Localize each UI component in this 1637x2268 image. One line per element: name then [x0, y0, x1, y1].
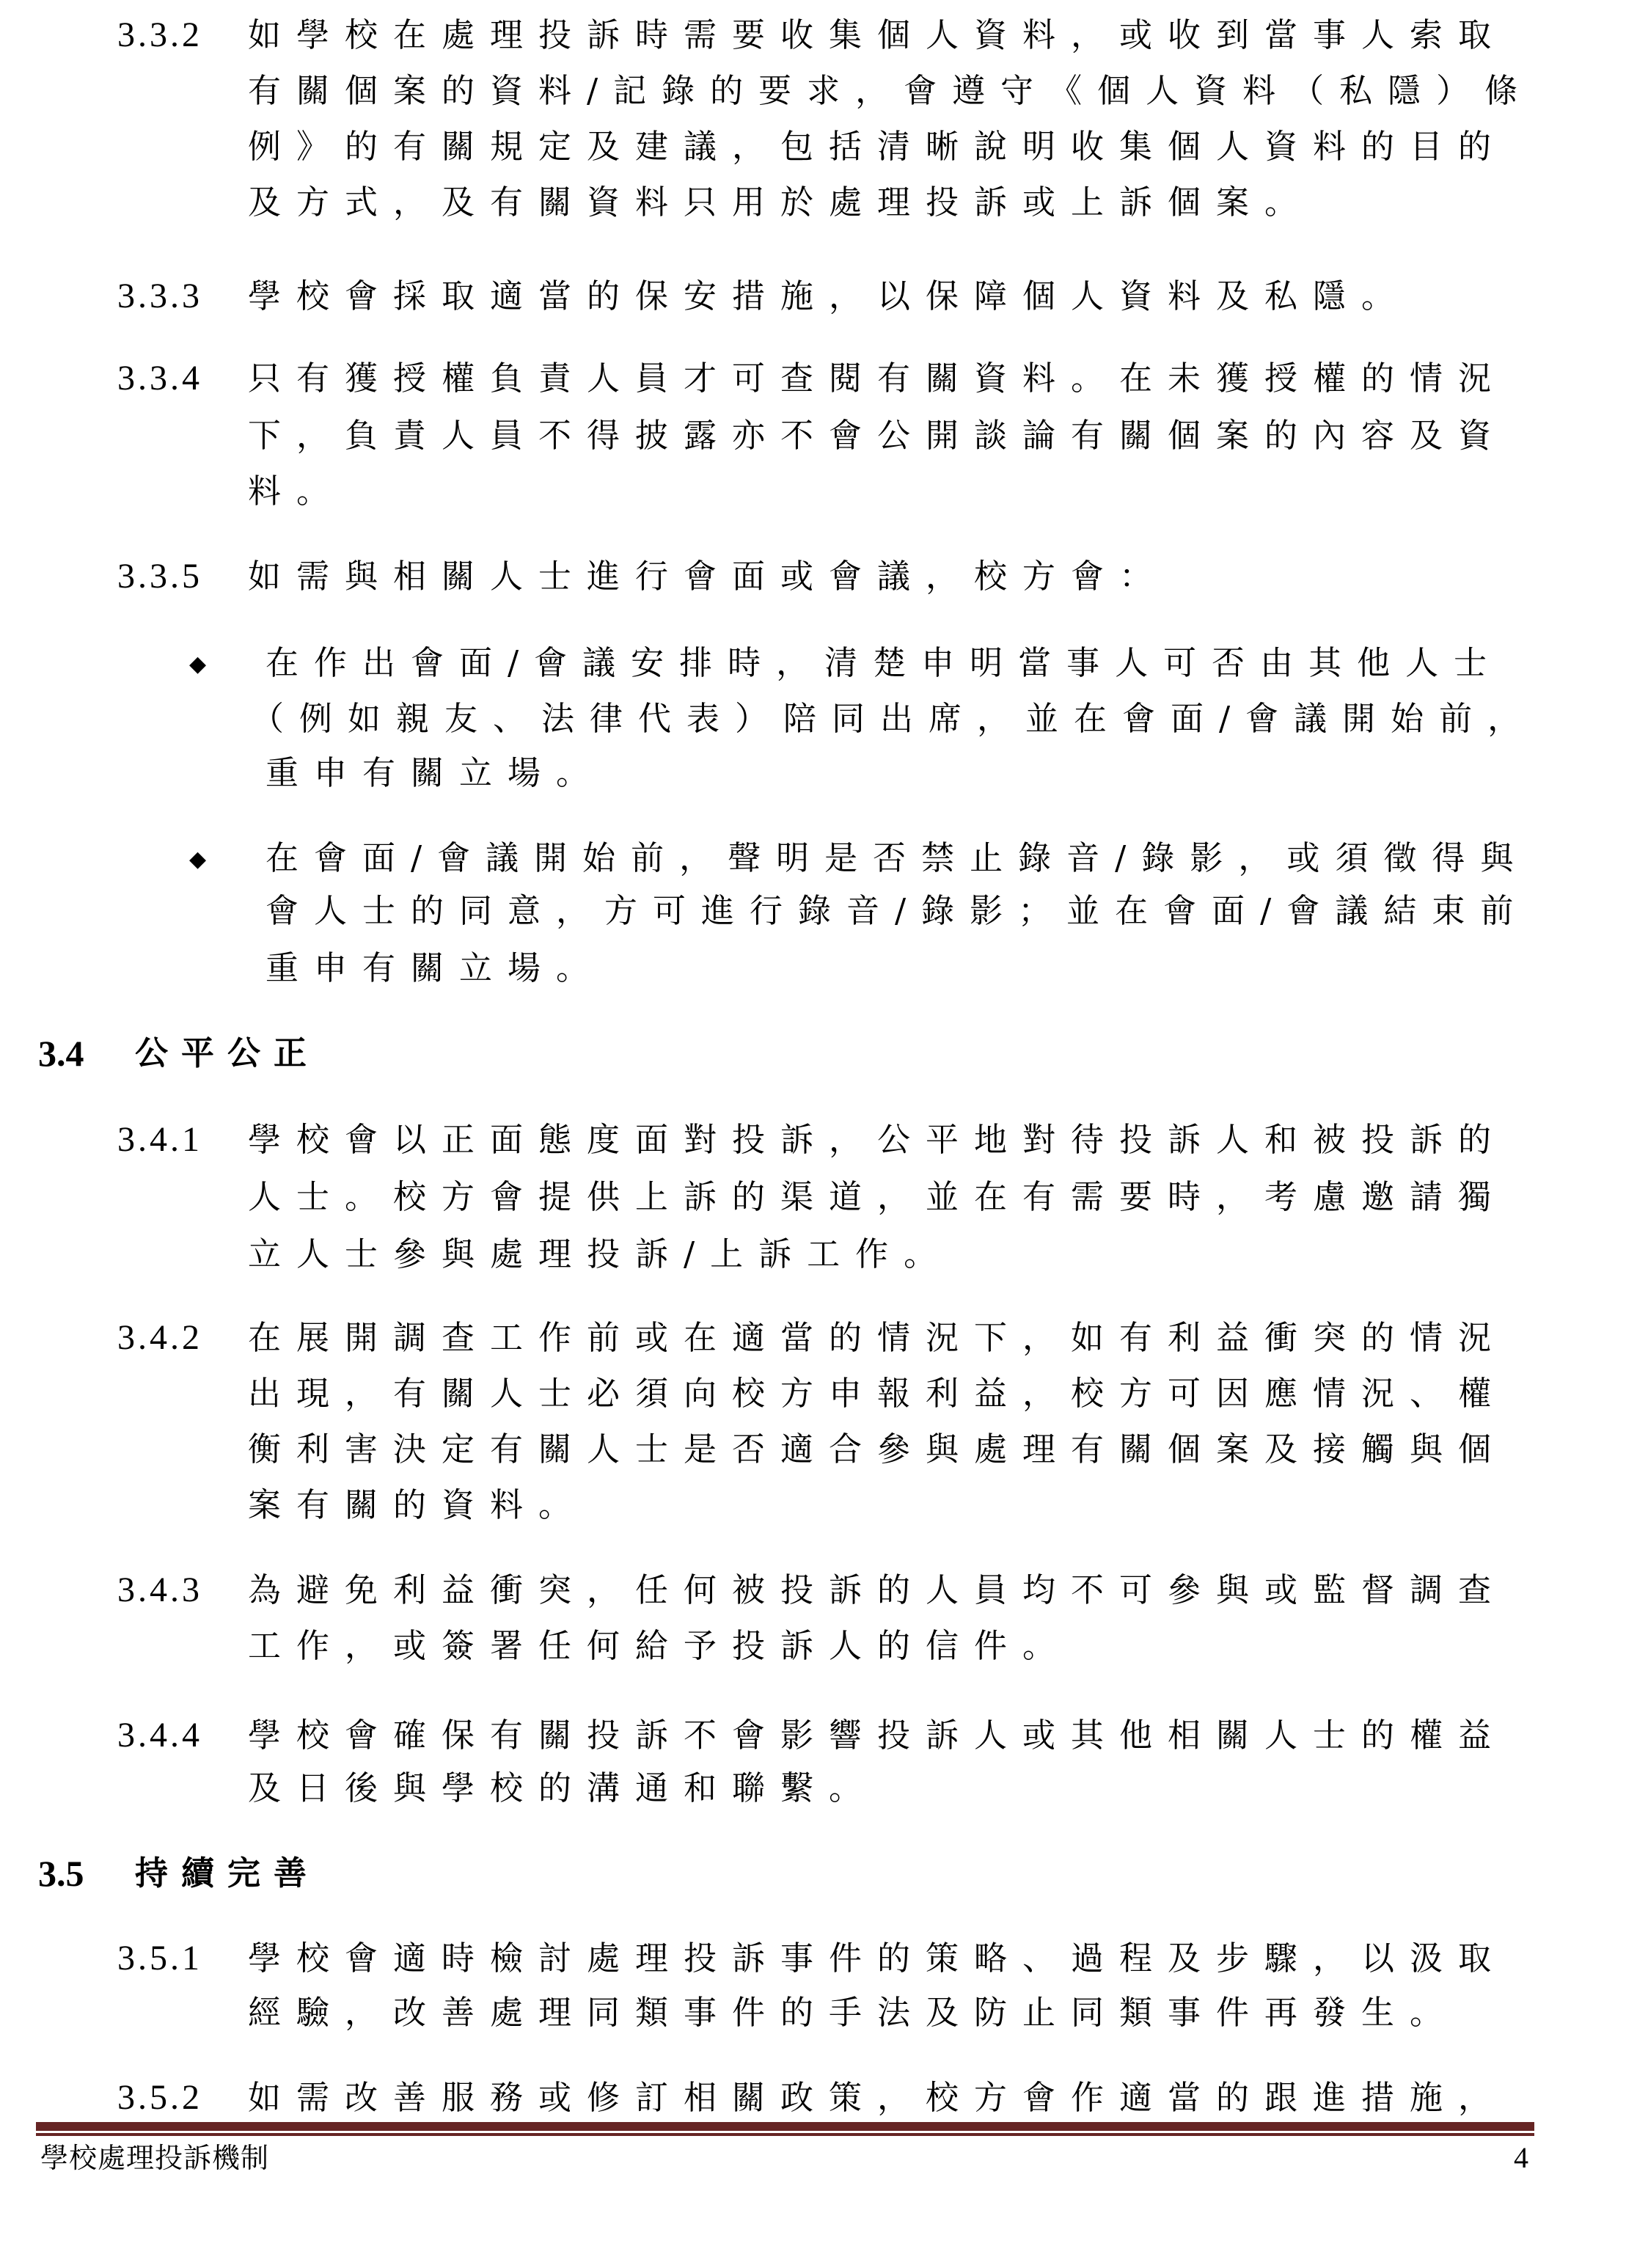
footer-document-title: 學校處理投訴機制: [40, 2140, 269, 2176]
clause-text-line: 及日後與學校的溝通和聯繫。: [248, 1768, 877, 1809]
clause-text-line: 人士。校方會提供上訴的渠道，並在有需要時，考慮邀請獨: [248, 1177, 1506, 1218]
clause-number: 3.5.1: [117, 1938, 202, 1979]
clause-number: 3.4.1: [117, 1119, 202, 1160]
clause-text-line: 下，負責人員不得披露亦不會公開談論有關個案的內容及資: [248, 415, 1506, 456]
diamond-bullet-icon: ◆: [189, 644, 206, 685]
clause-number: 3.3.3: [117, 276, 202, 317]
clause-number: 3.4.3: [117, 1570, 202, 1611]
clause-text-line: 出現，有關人士必須向校方申報利益，校方可因應情況、權: [248, 1373, 1506, 1414]
clause-text-line: 有關個案的資料/記錄的要求，會遵守《個人資料（私隱）條: [248, 70, 1533, 111]
diamond-bullet-icon: ◆: [189, 839, 206, 880]
clause-text-line: 學校會以正面態度面對投訴，公平地對待投訴人和被投訴的: [248, 1119, 1506, 1160]
clause-number: 3.4.4: [117, 1715, 202, 1756]
page-number: 4: [1514, 2140, 1528, 2176]
clause-text-line: 例》的有關規定及建議，包括清晰說明收集個人資料的目的: [248, 126, 1506, 167]
footer-rule: [36, 2133, 1534, 2136]
bullet-text-line: 在作出會面/會議安排時，清楚申明當事人可否由其他人士: [265, 643, 1502, 684]
section-number: 3.5: [38, 1853, 84, 1894]
clause-number: 3.3.4: [117, 358, 202, 399]
bullet-text-line: 重申有關立場。: [265, 753, 604, 794]
bullet-text-line: 重申有關立場。: [265, 948, 604, 989]
bullet-text-line: （例如親友、法律代表）陪同出席，並在會面/會議開始前，: [251, 698, 1536, 739]
section-title: 公平公正: [135, 1033, 320, 1074]
clause-text-line: 如需改善服務或修訂相關政策，校方會作適當的跟進措施，: [248, 2077, 1506, 2118]
clause-text-line: 立人士參與處理投訴/上訴工作。: [248, 1234, 952, 1275]
clause-number: 3.4.2: [117, 1317, 202, 1358]
clause-text-line: 如學校在處理投訴時需要收集個人資料，或收到當事人索取: [248, 15, 1506, 56]
clause-number: 3.3.2: [117, 15, 202, 56]
clause-text-line: 料。: [248, 471, 345, 512]
clause-text-line: 在展開調查工作前或在適當的情況下，如有利益衝突的情況: [248, 1317, 1506, 1358]
clause-text-line: 及方式，及有關資料只用於處理投訴或上訴個案。: [248, 182, 1313, 223]
clause-text-line: 經驗，改善處理同類事件的手法及防止同類事件再發生。: [248, 1992, 1458, 2033]
clause-text-line: 學校會確保有關投訴不會影響投訴人或其他相關人士的權益: [248, 1715, 1506, 1756]
clause-number: 3.5.2: [117, 2077, 202, 2118]
clause-text-line: 衡利害決定有關人士是否適合參與處理有關個案及接觸與個: [248, 1429, 1506, 1470]
bullet-text-line: 在會面/會議開始前，聲明是否禁止錄音/錄影，或須徵得與: [265, 838, 1528, 879]
clause-text-line: 學校會採取適當的保安措施，以保障個人資料及私隱。: [248, 276, 1410, 317]
clause-text-line: 如需與相關人士進行會面或會議，校方會：: [248, 556, 1168, 597]
clause-text-line: 工作，或簽署任何給予投訴人的信件。: [248, 1625, 1071, 1667]
clause-text-line: 案有關的資料。: [248, 1485, 587, 1526]
clause-number: 3.3.5: [117, 556, 202, 597]
footer-rule: [36, 2122, 1534, 2131]
bullet-text-line: 會人士的同意，方可進行錄音/錄影；並在會面/會議結束前: [265, 890, 1528, 932]
clause-text-line: 學校會適時檢討處理投訴事件的策略、過程及步驟，以汲取: [248, 1938, 1506, 1979]
clause-text-line: 為避免利益衝突，任何被投訴的人員均不可參與或監督調查: [248, 1570, 1506, 1611]
section-number: 3.4: [38, 1033, 84, 1074]
clause-text-line: 只有獲授權負責人員才可查閱有關資料。在未獲授權的情況: [248, 358, 1506, 399]
section-title: 持續完善: [135, 1853, 320, 1894]
